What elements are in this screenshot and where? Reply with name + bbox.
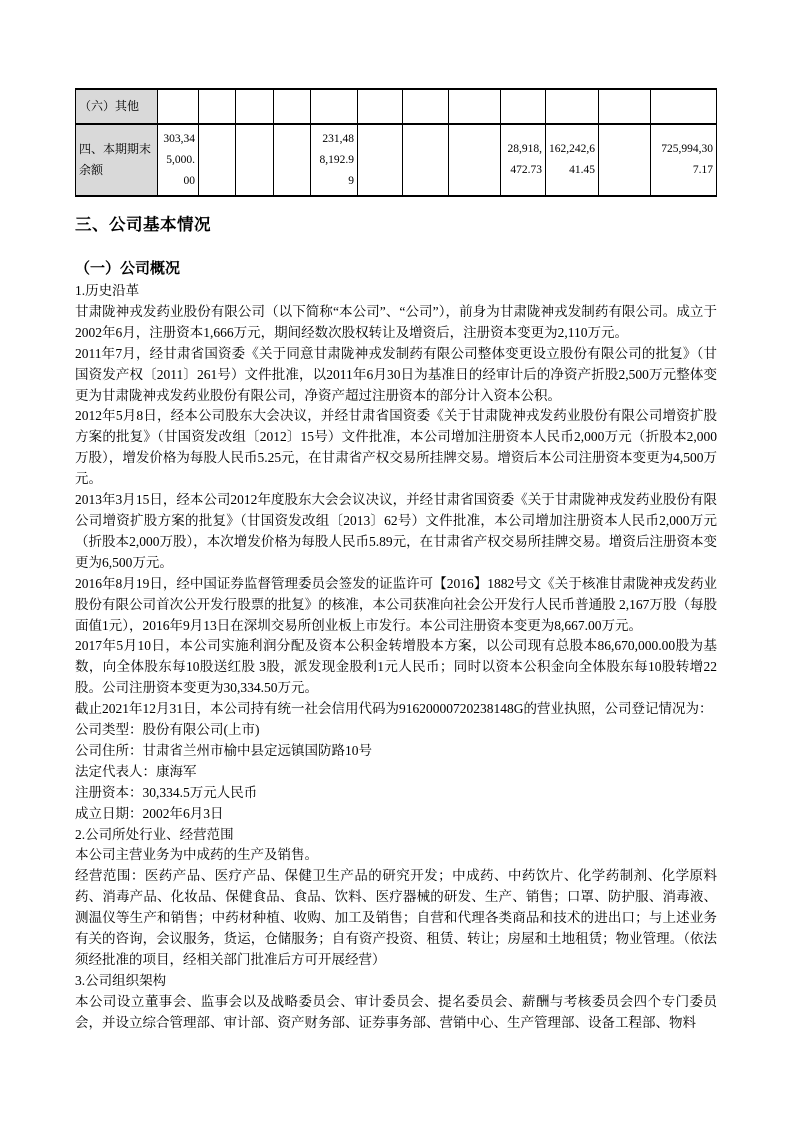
table-row-closing-balance: 四、本期期末余额 303,345,000.00 231,488,192.99 2… [76, 124, 717, 196]
table-cell [274, 124, 311, 196]
table-cell [546, 89, 599, 124]
page-content: （六）其他 四、本期期末余额 303,345,000.00 [75, 88, 717, 1034]
org-structure-paragraph: 本公司设立董事会、监事会以及战略委员会、审计委员会、提名委员会、薪酬与考核委员会… [75, 992, 717, 1034]
table-cell [403, 124, 449, 196]
table-cell-total-equity: 725,994,307.17 [651, 124, 717, 196]
history-subhead: 1.历史沿革 [75, 281, 717, 302]
establish-date-line: 成立日期：2002年6月3日 [75, 804, 717, 825]
table-cell-share-capital: 303,345,000.00 [158, 124, 199, 196]
company-type-line: 公司类型：股份有限公司(上市) [75, 720, 717, 741]
table-cell [651, 89, 717, 124]
table-cell-retained-earnings: 162,242,641.45 [546, 124, 599, 196]
body-paragraph-2011: 2011年7月，经甘肃省国资委《关于同意甘肃陇神戎发制药有限公司整体变更设立股份… [75, 344, 717, 407]
industry-scope-subhead: 2.公司所处行业、经营范围 [75, 825, 717, 846]
body-paragraph-2013: 2013年3月15日，经本公司2012年度股东大会会议决议，并经甘肃省国资委《关… [75, 490, 717, 574]
table-cell [158, 89, 199, 124]
report-page: （六）其他 四、本期期末余额 303,345,000.00 [0, 0, 793, 1122]
table-cell [501, 89, 546, 124]
body-paragraph-2012: 2012年5月8日，经本公司股东大会决议，并经甘肃省国资委《关于甘肃陇神戎发药业… [75, 406, 717, 490]
company-address-line: 公司住所：甘肃省兰州市榆中县定远镇国防路10号 [75, 741, 717, 762]
registered-capital-line: 注册资本：30,334.5万元人民币 [75, 783, 717, 804]
body-paragraph-2016: 2016年8月19日，经中国证券监督管理委员会签发的证监许可【2016】1882… [75, 574, 717, 637]
body-paragraph-2017: 2017年5月10日，本公司实施利润分配及资本公积金转增股本方案，以公司现有总股… [75, 636, 717, 699]
row-label-other: （六）其他 [76, 89, 158, 124]
table-cell [599, 89, 651, 124]
body-paragraph-company-origin: 甘肃陇神戎发药业股份有限公司（以下简称“本公司”、“公司”），前身为甘肃陇神戎发… [75, 302, 717, 344]
subsection-title: （一）公司概况 [75, 259, 717, 279]
table-cell [449, 124, 501, 196]
table-cell [403, 89, 449, 124]
table-cell [236, 89, 274, 124]
legal-representative-line: 法定代表人：康海军 [75, 762, 717, 783]
table-cell [199, 124, 236, 196]
table-cell [449, 89, 501, 124]
business-scope-paragraph: 经营范围：医药产品、医疗产品、保健卫生产品的研究开发；中成药、中药饮片、化学药制… [75, 866, 717, 971]
section-title: 三、公司基本情况 [75, 214, 717, 236]
row-label-closing-balance: 四、本期期末余额 [76, 124, 158, 196]
table-row-other: （六）其他 [76, 89, 717, 124]
table-cell [274, 89, 311, 124]
table-cell [358, 124, 403, 196]
org-structure-subhead: 3.公司组织架构 [75, 971, 717, 992]
table-cell [311, 89, 358, 124]
main-business-line: 本公司主营业务为中成药的生产及销售。 [75, 845, 717, 866]
table-cell-surplus-reserve: 28,918,472.73 [501, 124, 546, 196]
table-cell [199, 89, 236, 124]
table-cell [236, 124, 274, 196]
body-paragraph-license: 截止2021年12月31日，本公司持有统一社会信用代码为916200007202… [75, 699, 717, 720]
table-cell-capital-reserve: 231,488,192.99 [311, 124, 358, 196]
statement-of-changes-in-equity-table: （六）其他 四、本期期末余额 303,345,000.00 [75, 88, 717, 197]
table-cell [358, 89, 403, 124]
table-cell [599, 124, 651, 196]
